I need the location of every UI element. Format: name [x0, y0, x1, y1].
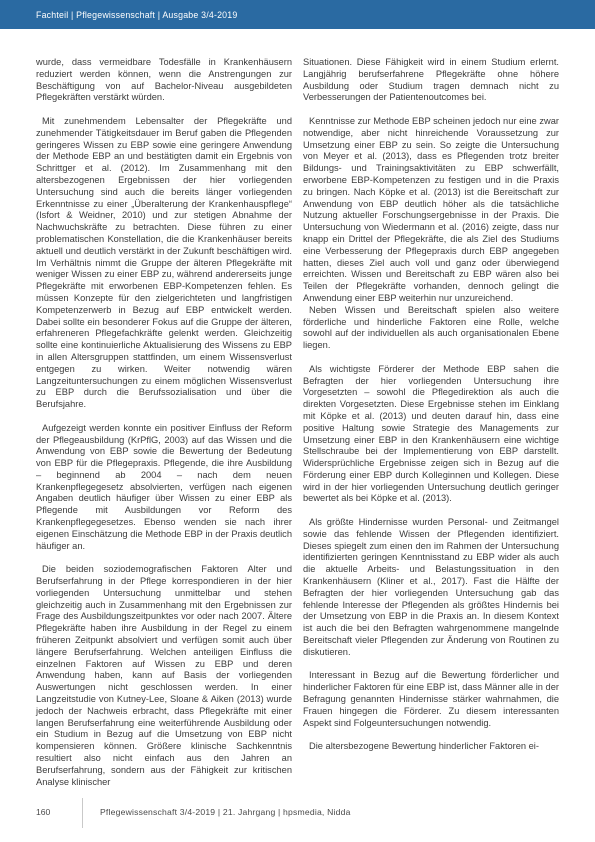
- paragraph: Mit zunehmendem Lebensalter der Pflegekr…: [36, 116, 292, 411]
- paragraph: Situationen. Diese Fähigkeit wird in ein…: [303, 57, 559, 104]
- footer-divider: [82, 798, 83, 828]
- header-bar-text: Fachteil | Pflegewissenschaft | Ausgabe …: [36, 10, 237, 20]
- journal-info: Pflegewissenschaft 3/4-2019 | 21. Jahrga…: [100, 807, 351, 817]
- paragraph: Die altersbezogene Bewertung hinderliche…: [303, 741, 559, 753]
- paragraph: Neben Wissen und Bereitschaft spielen al…: [303, 305, 559, 352]
- right-column: Situationen. Diese Fähigkeit wird in ein…: [303, 57, 559, 800]
- left-column: wurde, dass vermeidbare Todesfälle in Kr…: [36, 57, 292, 800]
- paragraph: Aufgezeigt werden konnte ein positiver E…: [36, 423, 292, 553]
- paragraph: Die beiden soziodemografischen Faktoren …: [36, 564, 292, 788]
- paragraph: wurde, dass vermeidbare Todesfälle in Kr…: [36, 57, 292, 104]
- page-footer: 160 Pflegewissenschaft 3/4-2019 | 21. Ja…: [0, 798, 595, 828]
- article-body: wurde, dass vermeidbare Todesfälle in Kr…: [36, 57, 559, 800]
- paragraph: Interessant in Bezug auf die Bewertung f…: [303, 670, 559, 729]
- page-number: 160: [36, 807, 50, 817]
- header-bar: Fachteil | Pflegewissenschaft | Ausgabe …: [0, 0, 595, 29]
- paragraph: Kenntnisse zur Methode EBP scheinen jedo…: [303, 116, 559, 305]
- document-page: Fachteil | Pflegewissenschaft | Ausgabe …: [0, 0, 595, 842]
- paragraph: Als wichtigste Förderer der Methode EBP …: [303, 364, 559, 506]
- paragraph: Als größte Hindernisse wurden Personal- …: [303, 517, 559, 659]
